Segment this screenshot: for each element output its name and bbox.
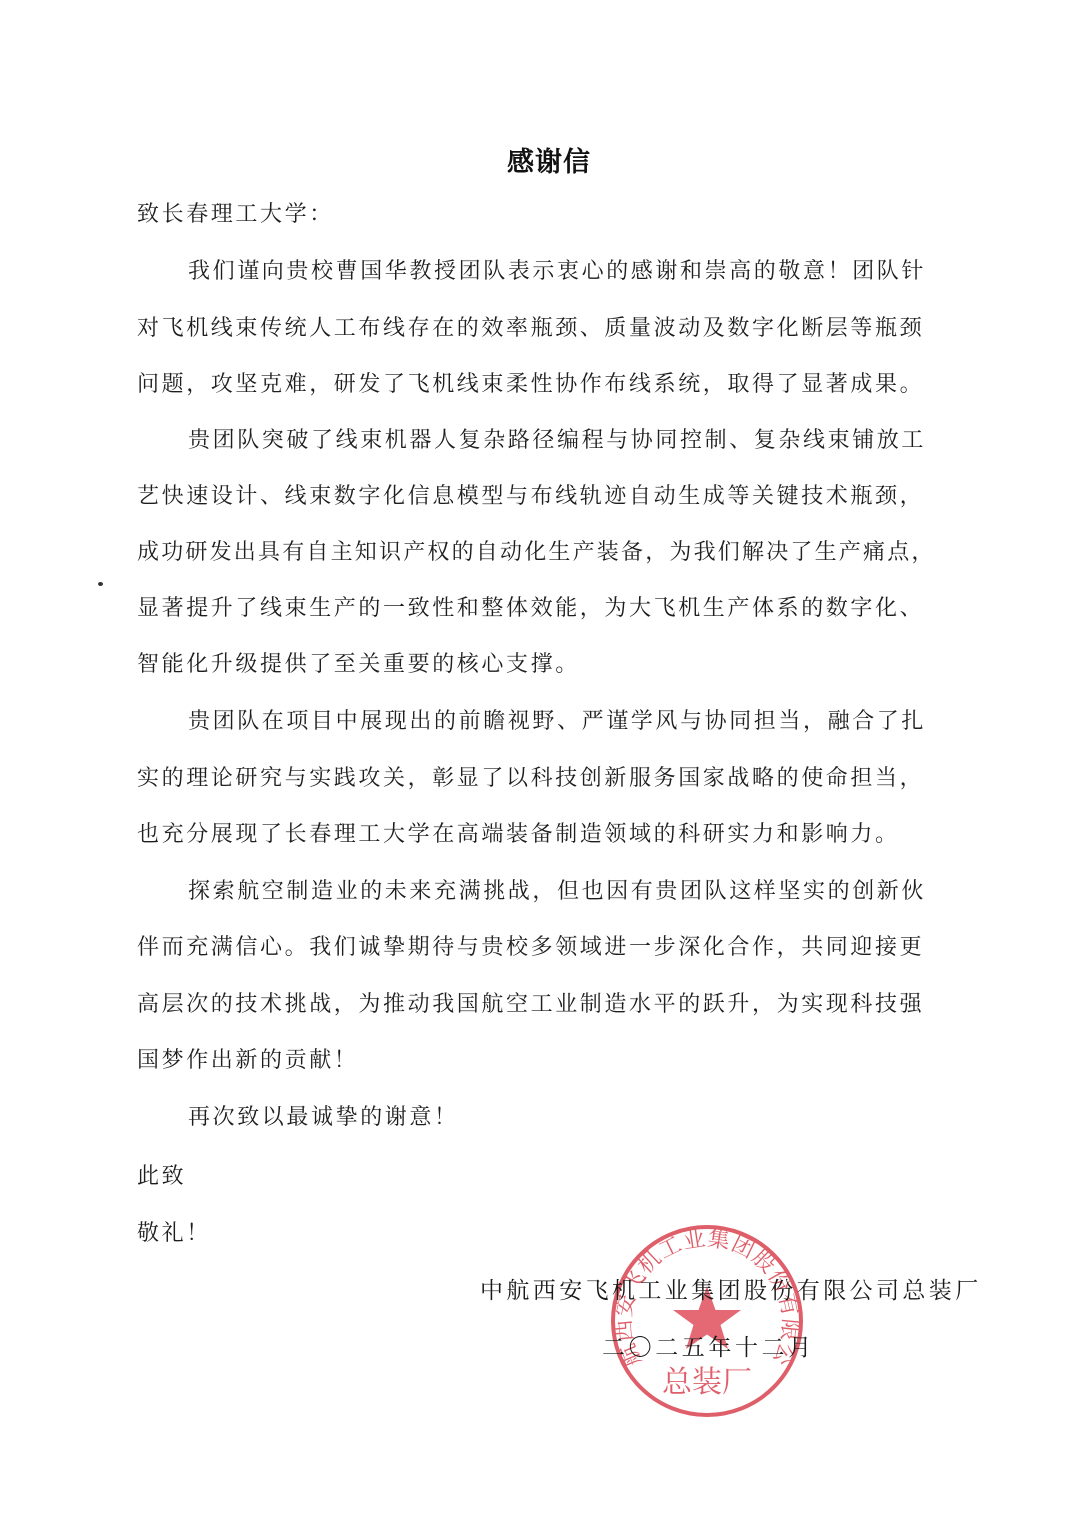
salutation: 致长春理工大学： [137, 200, 334, 230]
paragraph-line: 显著提升了线束生产的一致性和整体效能，为大飞机生产体系的数字化、 [137, 594, 924, 624]
paragraph-line: 再次致以最诚挚的谢意！ [188, 1103, 459, 1133]
signature-organization: 中航西安飞机工业集团股份有限公司总装厂 [480, 1276, 982, 1306]
paragraph-line: 探索航空制造业的未来充满挑战，但也因有贵团队这样坚实的创新伙 [188, 877, 926, 907]
paragraph-line: 智能化升级提供了至关重要的核心支撑。 [137, 650, 580, 680]
paragraph-line: 我们谨向贵校曹国华教授团队表示衷心的感谢和崇高的敬意！团队针 [188, 257, 926, 287]
paragraph-line: 对飞机线束传统人工布线存在的效率瓶颈、质量波动及数字化断层等瓶颈 [137, 314, 924, 344]
paragraph-line: 成功研发出具有自主知识产权的自动化生产装备，为我们解决了生产痛点， [137, 538, 936, 568]
scan-speck [98, 582, 103, 586]
seal-center-text: 总装厂 [662, 1365, 752, 1400]
closing-line-1: 此致 [137, 1162, 186, 1192]
paragraph-line: 问题，攻坚克难，研发了飞机线束柔性协作布线系统，取得了显著成果。 [137, 370, 924, 400]
paragraph-line: 国梦作出新的贡献！ [137, 1046, 358, 1076]
signature-date: 二〇二五年十二月 [602, 1333, 815, 1363]
paragraph-line: 也充分展现了长春理工大学在高端装备制造领域的科研实力和影响力。 [137, 820, 900, 850]
paragraph-line: 伴而充满信心。我们诚挚期待与贵校多领域进一步深化合作，共同迎接更 [137, 933, 924, 963]
paragraph-line: 高层次的技术挑战，为推动我国航空工业制造水平的跃升，为实现科技强 [137, 990, 924, 1020]
letter-page: 感谢信 致长春理工大学： 我们谨向贵校曹国华教授团队表示衷心的感谢和崇高的敬意！… [0, 0, 1080, 1526]
official-seal-icon: 中航西安飞机工业集团股份有限公司 总装厂 [610, 1224, 804, 1418]
closing-line-2: 敬礼！ [137, 1219, 211, 1249]
paragraph-line: 贵团队突破了线束机器人复杂路径编程与协同控制、复杂线束铺放工 [188, 426, 926, 456]
paragraph-line: 艺快速设计、线束数字化信息模型与布线轨迹自动生成等关键技术瓶颈， [137, 482, 924, 512]
paragraph-line: 实的理论研究与实践攻关，彰显了以科技创新服务国家战略的使命担当， [137, 764, 924, 794]
paragraph-line: 贵团队在项目中展现出的前瞻视野、严谨学风与协同担当，融合了扎 [188, 707, 926, 737]
letter-title: 感谢信 [0, 140, 1080, 179]
